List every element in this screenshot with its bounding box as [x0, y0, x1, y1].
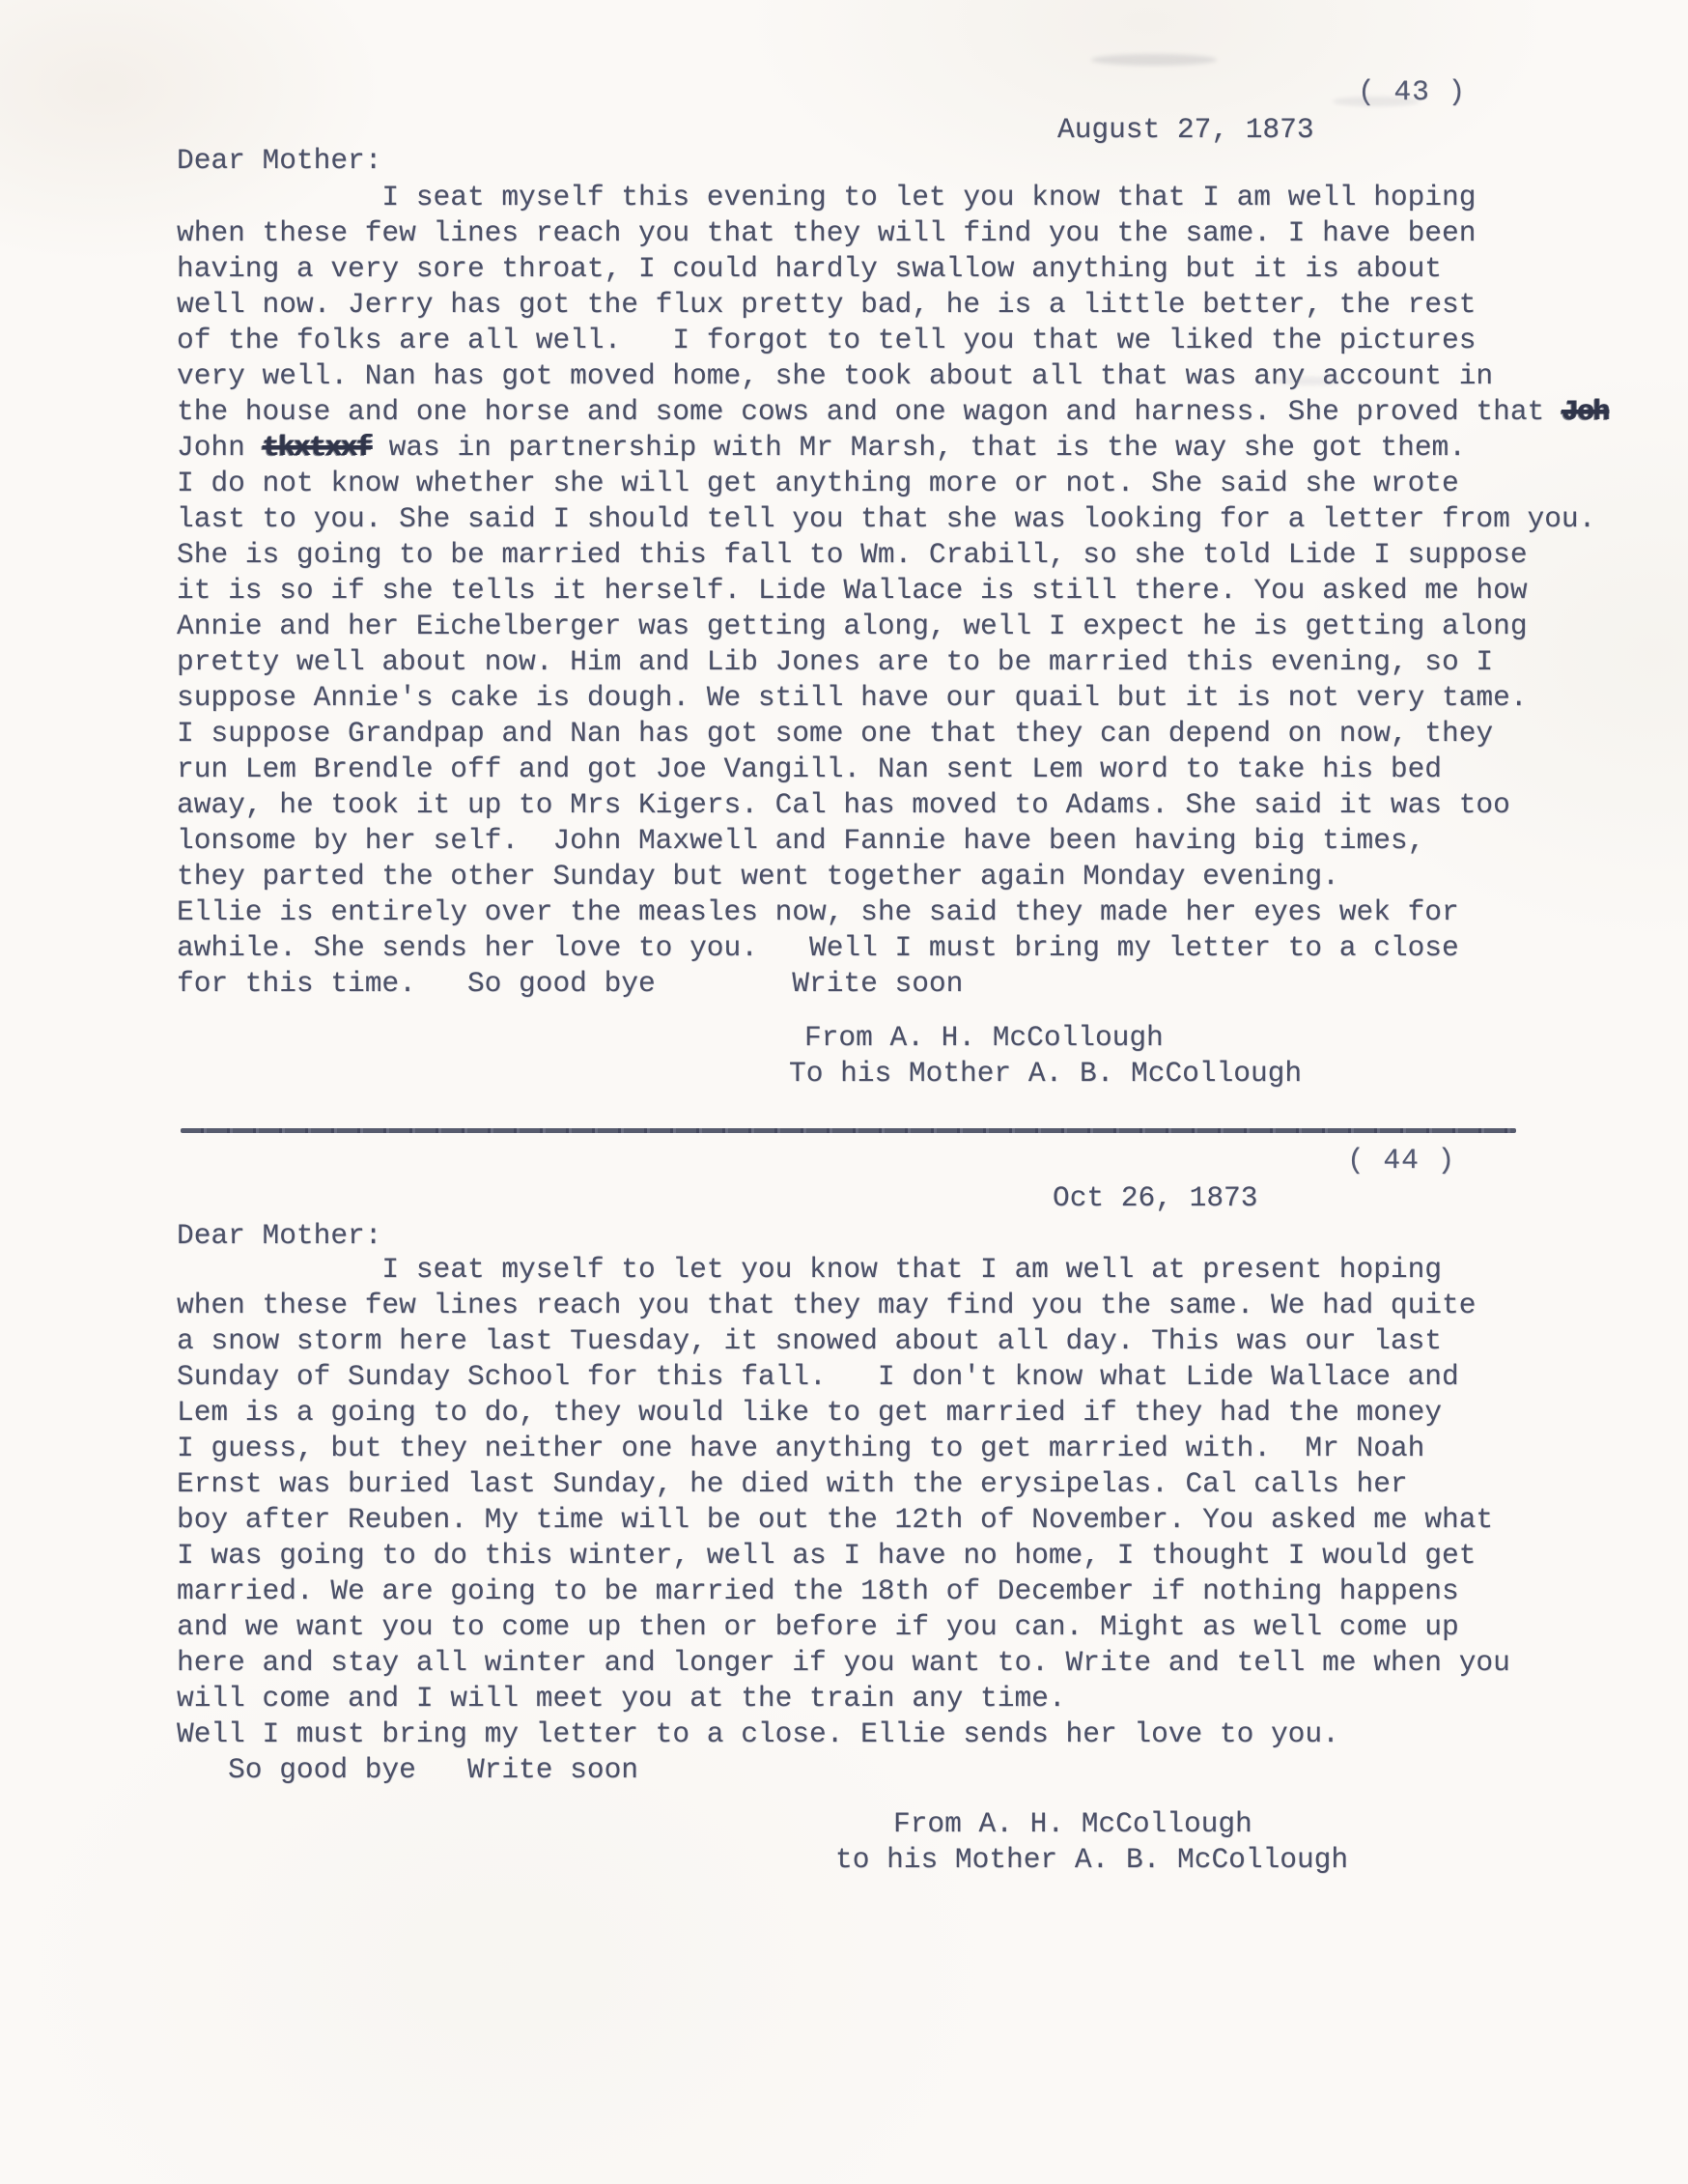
letter-text-line: a snow storm here last Tuesday, it snowe… [177, 1323, 1510, 1359]
letter-text-line: I was going to do this winter, well as I… [177, 1538, 1510, 1574]
salutation: Dear Mother: [177, 1219, 381, 1252]
letter-text-line: very well. Nan has got moved home, she t… [177, 358, 1609, 394]
letter-text-line: I seat myself this evening to let you kn… [177, 180, 1609, 215]
letter-text-line: Annie and her Eichelberger was getting a… [177, 609, 1609, 644]
letter-text-line: From A. H. McCollough [835, 1806, 1348, 1842]
letter-text-line: So good bye Write soon [177, 1752, 1510, 1788]
letter-text-line: I suppose Grandpap and Nan has got some … [177, 716, 1609, 752]
letter-text-line: here and stay all winter and longer if y… [177, 1645, 1510, 1681]
struck-out-text: Joh [1561, 395, 1609, 428]
letter-text-line: pretty well about now. Him and Lib Jones… [177, 644, 1609, 680]
letter-text-line: Well I must bring my letter to a close. … [177, 1716, 1510, 1752]
letter-text-line: to his Mother A. B. McCollough [835, 1842, 1348, 1878]
scan-smudge [1091, 54, 1217, 66]
letter-text-line: lonsome by her self. John Maxwell and Fa… [177, 823, 1609, 859]
letter-text-line: Sunday of Sunday School for this fall. I… [177, 1359, 1510, 1395]
letter-body: I seat myself to let you know that I am … [177, 1252, 1510, 1788]
letter-text-line: will come and I will meet you at the tra… [177, 1681, 1510, 1716]
letter-text-line: the house and one horse and some cows an… [177, 394, 1609, 430]
letter-text-line: it is so if she tells it herself. Lide W… [177, 573, 1609, 609]
scan-smudge [1333, 97, 1420, 106]
letter-text-line: and we want you to come up then or befor… [177, 1609, 1510, 1645]
letter-text-line: away, he took it up to Mrs Kigers. Cal h… [177, 787, 1609, 823]
letter-text-line: From A. H. McCollough [789, 1020, 1302, 1056]
letter-body: I seat myself this evening to let you kn… [177, 180, 1609, 1002]
letter-text-line: To his Mother A. B. McCollough [789, 1056, 1302, 1092]
signature-block: From A. H. McColloughto his Mother A. B.… [835, 1806, 1348, 1878]
letter-text-line: I seat myself to let you know that I am … [177, 1252, 1510, 1288]
letter-text-line: married. We are going to be married the … [177, 1574, 1510, 1609]
letter-text-line: awhile. She sends her love to you. Well … [177, 930, 1609, 966]
letter-text-line: for this time. So good bye Write soon [177, 966, 1609, 1002]
typed-separator-line [181, 1128, 1516, 1133]
scanned-letter-page: ( 43 ) August 27, 1873 Dear Mother: I se… [0, 0, 1688, 2184]
letter-text-line: of the folks are all well. I forgot to t… [177, 323, 1609, 358]
struck-out-text: tkxtxxf [263, 431, 372, 464]
page-number: ( 44 ) [1347, 1144, 1455, 1177]
letter-text-line: they parted the other Sunday but went to… [177, 859, 1609, 894]
letter-text-line: John tkxtxxf was in partnership with Mr … [177, 430, 1609, 466]
letter-text-line: suppose Annie's cake is dough. We still … [177, 680, 1609, 716]
signature-block: From A. H. McColloughTo his Mother A. B.… [789, 1020, 1302, 1092]
letter-text-line: Ernst was buried last Sunday, he died wi… [177, 1466, 1510, 1502]
letter-text-line: Lem is a going to do, they would like to… [177, 1395, 1510, 1431]
letter-text-line: boy after Reuben. My time will be out th… [177, 1502, 1510, 1538]
letter-text-line: well now. Jerry has got the flux pretty … [177, 287, 1609, 323]
letter-text-line: having a very sore throat, I could hardl… [177, 251, 1609, 287]
letter-date: August 27, 1873 [1057, 113, 1314, 146]
letter-text-line: I do not know whether she will get anyth… [177, 466, 1609, 501]
letter-text-line: Ellie is entirely over the measles now, … [177, 894, 1609, 930]
letter-text-line: run Lem Brendle off and got Joe Vangill.… [177, 752, 1609, 787]
letter-date: Oct 26, 1873 [1053, 1181, 1257, 1214]
letter-text-line: last to you. She said I should tell you … [177, 501, 1609, 537]
letter-text-line: I guess, but they neither one have anyth… [177, 1431, 1510, 1466]
letter-text-line: when these few lines reach you that they… [177, 1288, 1510, 1323]
scan-smudge [1275, 377, 1342, 385]
salutation: Dear Mother: [177, 144, 381, 177]
letter-text-line: She is going to be married this fall to … [177, 537, 1609, 573]
letter-text-line: when these few lines reach you that they… [177, 215, 1609, 251]
